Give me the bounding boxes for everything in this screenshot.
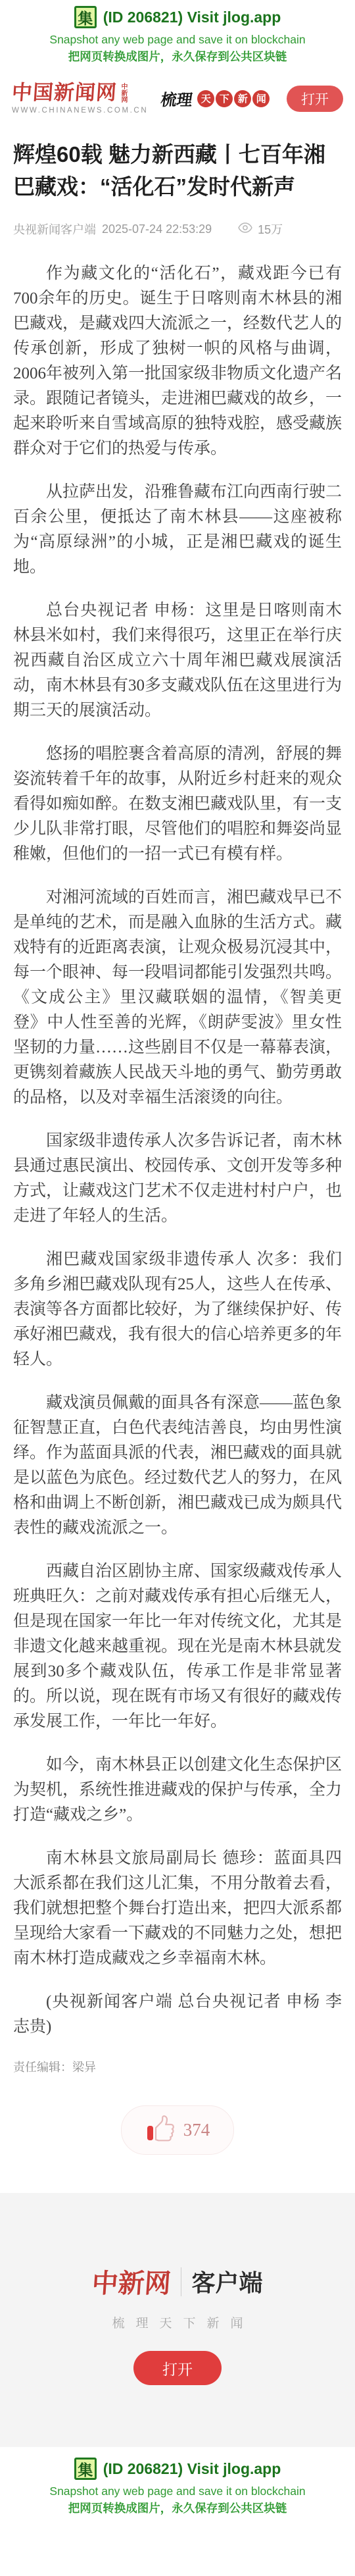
view-counter: 15万 xyxy=(238,220,283,238)
article-meta: 央视新闻客户端 2025-07-24 22:53:29 15万 xyxy=(0,220,355,238)
publish-time: 2025-07-24 22:53:29 xyxy=(102,222,212,236)
article-body: 作为藏文化的“活化石”，藏戏距今已有700余年的历史。诞生于日喀则南木林县的湘巴… xyxy=(0,261,355,2040)
article-paragraph: 悠扬的唱腔裹含着高原的清冽，舒展的舞姿流转着千年的故事，从附近乡村赶来的观众看得… xyxy=(13,742,342,867)
article-paragraph: 如今，南木林县正以创建文化生态保护区为契机，系统性推进藏戏的保护与传承，全力打造… xyxy=(13,1753,342,1828)
ad-id-text: (ID 206821) Visit jlog.app xyxy=(103,2460,281,2478)
tagline-seal: 新 xyxy=(234,90,251,107)
ad-subtitle-en: Snapshot any web page and save it on blo… xyxy=(0,33,355,47)
eye-icon xyxy=(238,222,252,236)
ad-subtitle-en: Snapshot any web page and save it on blo… xyxy=(0,2485,355,2498)
blockchain-ad-banner-bottom[interactable]: 集 (ID 206821) Visit jlog.app Snapshot an… xyxy=(0,2447,355,2523)
site-logo[interactable]: 中国新闻网 中新网 WWW.CHINANEWS.COM.CN xyxy=(12,82,148,115)
article-paragraph: 藏戏演员佩戴的面具各有深意——蓝色象征智慧正直，白色代表纯洁善良，均由男性演绎。… xyxy=(13,1391,342,1541)
article-paragraph: 从拉萨出发，沿雅鲁藏布江向西南行驶二百余公里，便抵达了南木林县——这座被称为“高… xyxy=(13,480,342,580)
news-tagline: 梳理 天 下 新 闻 xyxy=(161,87,270,110)
app-promo-footer: 中新网 客户端 梳理天下新闻 打开 xyxy=(0,2193,355,2447)
article-paragraph: 对湘河流域的百姓而言，湘巴藏戏早已不是单纯的艺术，而是融入血脉的生活方式。藏戏特… xyxy=(13,885,342,1110)
source-name: 央视新闻客户端 xyxy=(13,220,96,238)
thumb-up-icon xyxy=(145,2115,176,2146)
article-paragraph: 南木林县文旅局副局长 德珍：蓝面具四大派系都在我们这儿汇集，不用分散着去看，我们… xyxy=(13,1846,342,1971)
article-paragraph: 湘巴藏戏国家级非遗传承人 次多：我们多角乡湘巴藏戏队现有25人，这些人在传承、表… xyxy=(13,1247,342,1372)
logo-url-text: WWW.CHINANEWS.COM.CN xyxy=(12,107,148,115)
view-count: 15万 xyxy=(258,220,283,238)
open-app-button[interactable]: 打开 xyxy=(287,86,343,112)
like-button[interactable]: 374 xyxy=(121,2105,235,2155)
article-paragraph: 西藏自治区剧协主席、国家级藏戏传承人 班典旺久：之前对藏戏传承有担心后继无人，但… xyxy=(13,1559,342,1734)
tagline-seal: 天 xyxy=(197,90,214,107)
ad-subtitle-zh: 把网页转换成图片，永久保存到公共区块链 xyxy=(0,2500,355,2516)
site-header: 中国新闻网 中新网 WWW.CHINANEWS.COM.CN 梳理 天 下 新 … xyxy=(0,73,355,120)
footer-open-app-button[interactable]: 打开 xyxy=(133,2351,222,2385)
blockchain-ad-banner-top[interactable]: 集 (ID 206821) Visit jlog.app Snapshot an… xyxy=(0,0,355,73)
like-count: 374 xyxy=(183,2120,210,2140)
tagline-seal: 下 xyxy=(216,90,233,107)
ad-subtitle-zh: 把网页转换成图片，永久保存到公共区块链 xyxy=(0,48,355,64)
logo-side-text: 中新网 xyxy=(120,83,127,103)
logo-calligraphy-text: 中国新闻网 xyxy=(11,82,118,103)
tagline-seal: 闻 xyxy=(252,90,270,107)
article-paragraph: 作为藏文化的“活化石”，藏戏距今已有700余年的历史。诞生于日喀则南木林县的湘巴… xyxy=(13,261,342,461)
ad-id-text: (ID 206821) Visit jlog.app xyxy=(103,9,281,26)
tagline-prefix-text: 梳理 xyxy=(160,87,195,110)
footer-app-label: 客户端 xyxy=(191,2265,262,2298)
editor-credit: 责任编辑：梁异 xyxy=(0,2058,355,2075)
jlog-badge-icon: 集 xyxy=(74,2458,97,2480)
article-paragraph: 国家级非遗传承人次多告诉记者，南木林县通过惠民演出、校园传承、文创开发等多种方式… xyxy=(13,1129,342,1229)
article-paragraph: 总台央视记者 申杨：这里是日喀则南木林县米如村，我们来得很巧，这里正在举行庆祝西… xyxy=(13,598,342,723)
jlog-badge-icon: 集 xyxy=(74,6,97,28)
page-title: 辉煌60载 魅力新西藏丨七百年湘巴藏戏：“活化石”发时代新声 xyxy=(0,138,355,203)
footer-tagline: 梳理天下新闻 xyxy=(0,2313,355,2331)
footer-divider xyxy=(181,2267,181,2296)
footer-logo-text: 中新网 xyxy=(91,2263,172,2300)
article-paragraph: (央视新闻客户端 总台央视记者 申杨 李志贵) xyxy=(13,1990,342,2040)
